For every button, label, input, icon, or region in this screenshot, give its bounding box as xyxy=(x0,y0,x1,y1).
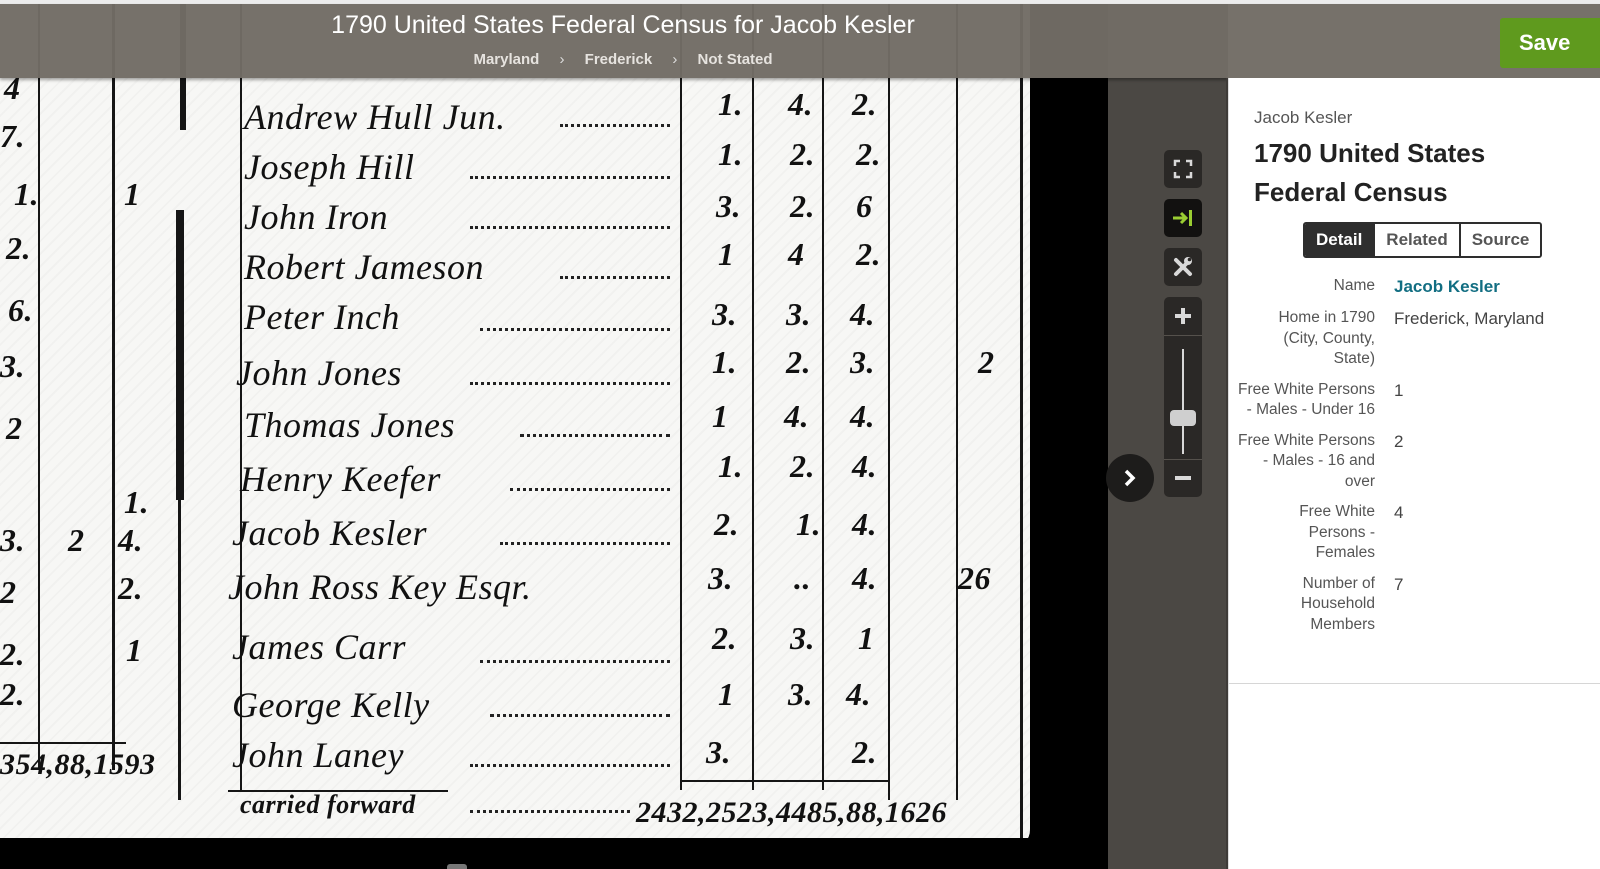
scan-cell: 2 xyxy=(978,344,995,381)
scan-cell: 1 xyxy=(126,632,143,669)
scan-cell: 1. xyxy=(712,344,737,381)
scan-cell: 3. xyxy=(708,560,733,597)
scan-cell: 4. xyxy=(852,506,877,543)
scan-name-row: Henry Keefer xyxy=(240,458,441,500)
next-image-button[interactable] xyxy=(1106,454,1154,502)
record-detail-panel: Jacob Kesler 1790 United States Federal … xyxy=(1228,78,1600,869)
scan-cell: 1. xyxy=(718,448,743,485)
scan-dark-border xyxy=(0,838,1030,869)
scan-name-row: Joseph Hill xyxy=(244,146,414,188)
minus-icon xyxy=(1173,468,1193,488)
scan-cell: 2. xyxy=(118,570,143,607)
scan-cell: 2 xyxy=(0,574,17,611)
detail-label: Number of Household Members xyxy=(1229,574,1375,636)
panel-divider xyxy=(1229,683,1600,684)
scan-cell: 2. xyxy=(852,734,877,771)
scan-cell: 2. xyxy=(856,136,881,173)
breadcrumb: Maryland › Frederick › Not Stated xyxy=(0,51,1246,68)
detail-value: 4 xyxy=(1394,502,1403,564)
tools-button[interactable] xyxy=(1164,248,1202,286)
scan-cell: 3. xyxy=(788,676,813,713)
detail-label: Name xyxy=(1229,276,1375,298)
plus-icon xyxy=(1173,306,1193,326)
scan-name-row-jacob-kesler: Jacob Kesler xyxy=(232,512,427,554)
chevron-right-icon xyxy=(1123,469,1137,487)
scan-cell: 4. xyxy=(850,296,875,333)
scan-cell: 4. xyxy=(846,676,871,713)
scan-name-row: John Laney xyxy=(232,734,404,776)
detail-list: Name Jacob Kesler Home in 1790 (City, Co… xyxy=(1229,276,1600,645)
page-header: 1790 United States Federal Census for Ja… xyxy=(0,4,1600,78)
scan-cell: 4 xyxy=(788,236,805,273)
scan-name-row: Peter Inch xyxy=(244,296,400,338)
scan-name-row: John Iron xyxy=(244,196,388,238)
toggle-panel-button[interactable] xyxy=(1164,199,1202,237)
person-name-subtitle: Jacob Kesler xyxy=(1254,108,1352,128)
scan-cell: 4. xyxy=(852,448,877,485)
scan-cell: 6 xyxy=(856,188,873,225)
tab-source[interactable]: Source xyxy=(1461,224,1541,256)
scan-cell: 3. xyxy=(712,296,737,333)
detail-value: 7 xyxy=(1394,574,1403,636)
census-page: Andrew Hull Jun. Joseph Hill John Iron R… xyxy=(0,0,1030,848)
breadcrumb-county[interactable]: Frederick xyxy=(585,51,653,68)
scan-cell: 1 xyxy=(718,236,735,273)
scan-cell: 7. xyxy=(0,118,25,155)
scan-cell: 1 xyxy=(124,176,141,213)
scan-name-row: John Ross Key Esqr. xyxy=(228,566,531,608)
scan-cell: 1. xyxy=(718,86,743,123)
scan-cell: 2. xyxy=(6,230,31,267)
scan-cell: 1. xyxy=(796,506,821,543)
scan-cell: 2. xyxy=(790,188,815,225)
scan-cell: 1 xyxy=(712,398,729,435)
breadcrumb-township[interactable]: Not Stated xyxy=(698,51,773,68)
scan-cell: 3. xyxy=(706,734,731,771)
scan-cell: 2. xyxy=(856,236,881,273)
scan-cell: 26 xyxy=(958,560,991,597)
save-button[interactable]: Save xyxy=(1500,18,1600,68)
zoom-in-button[interactable] xyxy=(1164,297,1202,335)
record-title: 1790 United States Federal Census xyxy=(1254,134,1584,212)
zoom-controls xyxy=(1164,297,1202,497)
detail-label: Home in 1790 (City, County, State) xyxy=(1229,308,1375,370)
census-scan-image[interactable]: Andrew Hull Jun. Joseph Hill John Iron R… xyxy=(0,0,1108,869)
detail-row-name: Name Jacob Kesler xyxy=(1229,276,1600,298)
scan-footer-totals: 2432,2523,4485,88,1626 xyxy=(636,796,947,830)
image-viewer[interactable]: Andrew Hull Jun. Joseph Hill John Iron R… xyxy=(0,0,1228,869)
detail-label: Free White Persons - Males - Under 16 xyxy=(1229,380,1375,421)
scan-cell: 2. xyxy=(714,506,739,543)
scan-cell: 4. xyxy=(852,560,877,597)
scan-cell: 3. xyxy=(790,620,815,657)
scan-footer-text: carried forward xyxy=(240,790,416,820)
scan-cell: 2. xyxy=(852,86,877,123)
scan-cell: 3. xyxy=(716,188,741,225)
scan-cell: 2 xyxy=(68,522,85,559)
scan-cell: 2. xyxy=(786,344,811,381)
scan-cell: 1 xyxy=(718,676,735,713)
scan-cell: 3. xyxy=(850,344,875,381)
scan-cell: 4. xyxy=(788,86,813,123)
scan-name-row: James Carr xyxy=(232,626,406,668)
tools-icon xyxy=(1172,256,1194,278)
filmstrip-tab[interactable] xyxy=(447,864,467,869)
detail-label: Free White Persons - Females xyxy=(1229,502,1375,564)
tab-detail[interactable]: Detail xyxy=(1305,224,1375,256)
scan-cell: 2. xyxy=(0,676,25,713)
detail-row-home: Home in 1790 (City, County, State) Frede… xyxy=(1229,308,1600,370)
zoom-slider-track[interactable] xyxy=(1182,349,1184,454)
scan-cell: 4. xyxy=(784,398,809,435)
breadcrumb-separator-icon: › xyxy=(559,51,564,68)
tab-related[interactable]: Related xyxy=(1375,224,1460,256)
scan-cell: 2 xyxy=(6,410,23,447)
breadcrumb-separator-icon: › xyxy=(672,51,677,68)
scan-name-row: George Kelly xyxy=(232,684,430,726)
scan-name-row: Robert Jameson xyxy=(244,246,484,288)
zoom-slider-thumb[interactable] xyxy=(1170,410,1196,426)
detail-row-females: Free White Persons - Females 4 xyxy=(1229,502,1600,564)
scan-name-row: Thomas Jones xyxy=(244,404,455,446)
page-title: 1790 United States Federal Census for Ja… xyxy=(0,11,1246,40)
arrow-to-bar-icon xyxy=(1172,209,1194,227)
detail-row-males-under-16: Free White Persons - Males - Under 16 1 xyxy=(1229,380,1600,421)
scan-cell: 2. xyxy=(0,636,25,673)
scan-cell: 6. xyxy=(8,292,33,329)
breadcrumb-state[interactable]: Maryland xyxy=(473,51,539,68)
scan-name-row: John Jones xyxy=(236,352,402,394)
scan-cell: 1. xyxy=(718,136,743,173)
scan-left-totals: 354,88,1593 xyxy=(0,748,156,782)
detail-label: Free White Persons - Males - 16 and over xyxy=(1229,431,1375,493)
scan-cell: 2. xyxy=(790,448,815,485)
scan-cell: 1 xyxy=(858,620,875,657)
scan-cell: .. xyxy=(794,560,811,597)
scan-cell: 3. xyxy=(0,522,25,559)
detail-row-males-16-over: Free White Persons - Males - 16 and over… xyxy=(1229,431,1600,493)
fullscreen-icon xyxy=(1173,159,1193,179)
panel-tabs: Detail Related Source xyxy=(1303,222,1542,258)
scan-cell: 2. xyxy=(712,620,737,657)
scan-cell: 3. xyxy=(786,296,811,333)
zoom-out-button[interactable] xyxy=(1164,459,1202,497)
scan-cell: 3. xyxy=(0,348,25,385)
scan-cell: 1. xyxy=(14,176,39,213)
scan-cell: 2. xyxy=(790,136,815,173)
fullscreen-button[interactable] xyxy=(1164,150,1202,188)
scan-name-row: Andrew Hull Jun. xyxy=(244,96,506,138)
detail-row-household-members: Number of Household Members 7 xyxy=(1229,574,1600,636)
detail-value: Frederick, Maryland xyxy=(1394,308,1544,370)
scan-cell: 4. xyxy=(118,522,143,559)
scan-cell: 4. xyxy=(850,398,875,435)
detail-value: 1 xyxy=(1394,380,1403,421)
scan-cell: 1. xyxy=(124,484,149,521)
person-name-link[interactable]: Jacob Kesler xyxy=(1394,276,1500,298)
detail-value: 2 xyxy=(1394,431,1403,493)
